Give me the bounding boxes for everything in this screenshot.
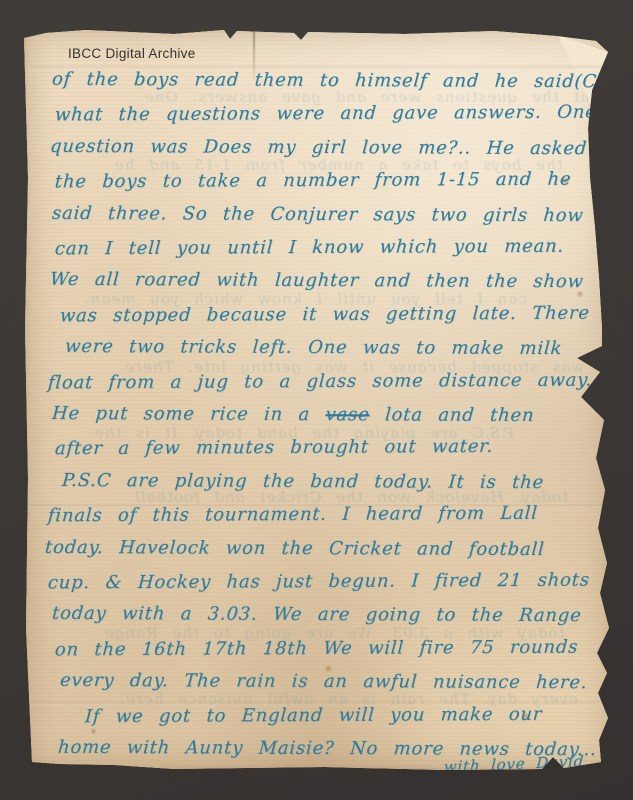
handwritten-line: was stopped because it was getting late.…: [59, 303, 590, 327]
photo-background: what the questions were and gave answers…: [0, 0, 633, 800]
handwritten-line: We all roared with laughter and then the…: [49, 269, 584, 292]
strikethrough-word: vase: [325, 404, 371, 425]
handwritten-line: today with a 3.03. We are going to the R…: [51, 603, 582, 626]
handwritten-line: If we got to England will you make our: [84, 704, 543, 727]
handwritten-line: cup. & Hockey has just begun. I fired 21…: [47, 570, 590, 594]
handwritten-line: P.S.C are playing the band today. It is …: [61, 470, 544, 493]
handwritten-line: after a few minutes brought out water.: [54, 436, 494, 459]
handwritten-line: said three. So the Conjurer says two gir…: [51, 203, 584, 226]
handwritten-line: of the boys read them to himself and he …: [51, 69, 609, 92]
handwritten-line: float from a jug to a glass some distanc…: [47, 370, 593, 394]
letter-paper: what the questions were and gave answers…: [24, 28, 612, 770]
handwritten-line: what the questions were and gave answers…: [54, 102, 597, 126]
line-segment: lota and then: [369, 404, 535, 426]
handwritten-line: the boys to take a number from 1-15 and …: [54, 169, 572, 193]
archive-stamp: IBCC Digital Archive: [68, 46, 196, 61]
handwritten-line: were two tricks left. One was to make mi…: [64, 336, 563, 359]
line-segment: He put some rice in a: [51, 403, 326, 425]
handwritten-line: today. Havelock won the Cricket and foot…: [44, 537, 545, 560]
handwritten-line-with-strikethrough: He put some rice in a vase lota and then: [51, 403, 535, 426]
handwritten-line: question was Does my girl love me?.. He …: [49, 136, 588, 159]
handwritten-line: every day. The rain is an awful nuisance…: [59, 670, 588, 693]
handwritten-line: can I tell you until I know which you me…: [54, 236, 565, 260]
handwritten-line: finals of this tournament. I heard from …: [47, 503, 538, 527]
paper-stain: [90, 728, 97, 735]
handwritten-line: on the 16th 17th 18th We will fire 75 ro…: [54, 637, 579, 661]
